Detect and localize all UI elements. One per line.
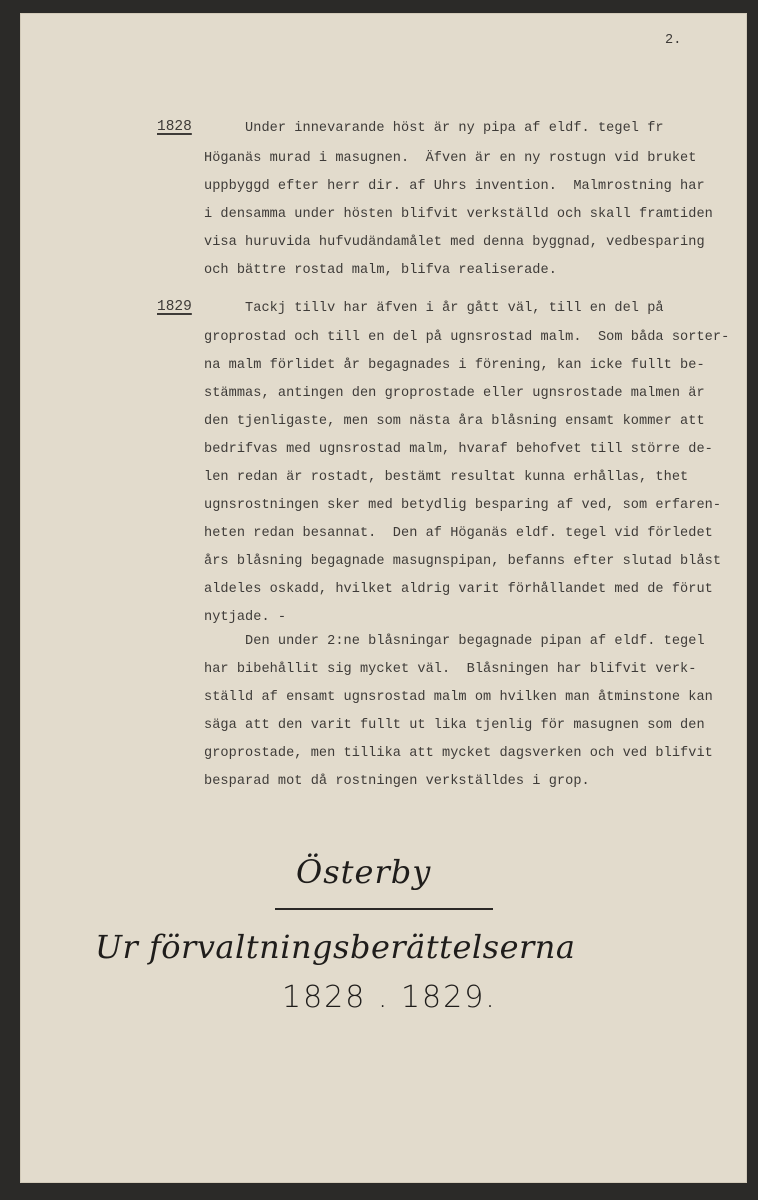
handwritten-source-note: Ur förvaltningsberättelserna: [95, 928, 575, 966]
text-line: aldeles oskadd, hvilket aldrig varit för…: [204, 582, 713, 597]
year-label-1828: 1828: [157, 119, 192, 135]
text-line: säga att den varit fullt ut lika tjenlig…: [204, 718, 705, 733]
text-line: Tackj tillv har äfven i år gått väl, til…: [204, 301, 664, 316]
text-line: visa huruvida hufvudändamålet med denna …: [204, 235, 705, 250]
text-line: na malm förlidet år begagnades i förenin…: [204, 358, 705, 373]
text-line: Under innevarande höst är ny pipa af eld…: [204, 121, 664, 136]
text-line: groprostad och till en del på ugnsrostad…: [204, 330, 729, 345]
text-line: ugnsrostningen sker med betydlig bespari…: [204, 498, 721, 513]
text-line: stämmas, antingen den groprostade eller …: [204, 386, 705, 401]
text-line: bedrifvas med ugnsrostad malm, hvaraf be…: [204, 442, 713, 457]
handwritten-underline: [275, 908, 493, 910]
handwritten-place-name: Österby: [296, 853, 431, 891]
text-line: heten redan besannat. Den af Höganäs eld…: [204, 526, 713, 541]
text-line: besparad mot då rostningen verkställdes …: [204, 774, 590, 789]
text-line: groprostade, men tillika att mycket dags…: [204, 746, 713, 761]
text-line: uppbyggd efter herr dir. af Uhrs inventi…: [204, 179, 705, 194]
text-line: Höganäs murad i masugnen. Äfven är en ny…: [204, 151, 696, 166]
text-line: och bättre rostad malm, blifva realisera…: [204, 263, 557, 278]
handwritten-years: 1828 . 1829.: [282, 980, 497, 1015]
text-line: års blåsning begagnade masugnspipan, bef…: [204, 554, 721, 569]
text-line: nytjade. -: [204, 610, 286, 625]
text-line: har bibehållit sig mycket väl. Blåsninge…: [204, 662, 696, 677]
text-line: ställd af ensamt ugnsrostad malm om hvil…: [204, 690, 713, 705]
text-line: Den under 2:ne blåsningar begagnade pipa…: [204, 634, 705, 649]
text-line: len redan är rostadt, bestämt resultat k…: [204, 470, 688, 485]
text-line: i densamma under hösten blifvit verkstäl…: [204, 207, 713, 222]
page-number: 2.: [665, 33, 681, 48]
year-label-1829: 1829: [157, 299, 192, 315]
text-line: den tjenligaste, men som nästa åra blåsn…: [204, 414, 705, 429]
